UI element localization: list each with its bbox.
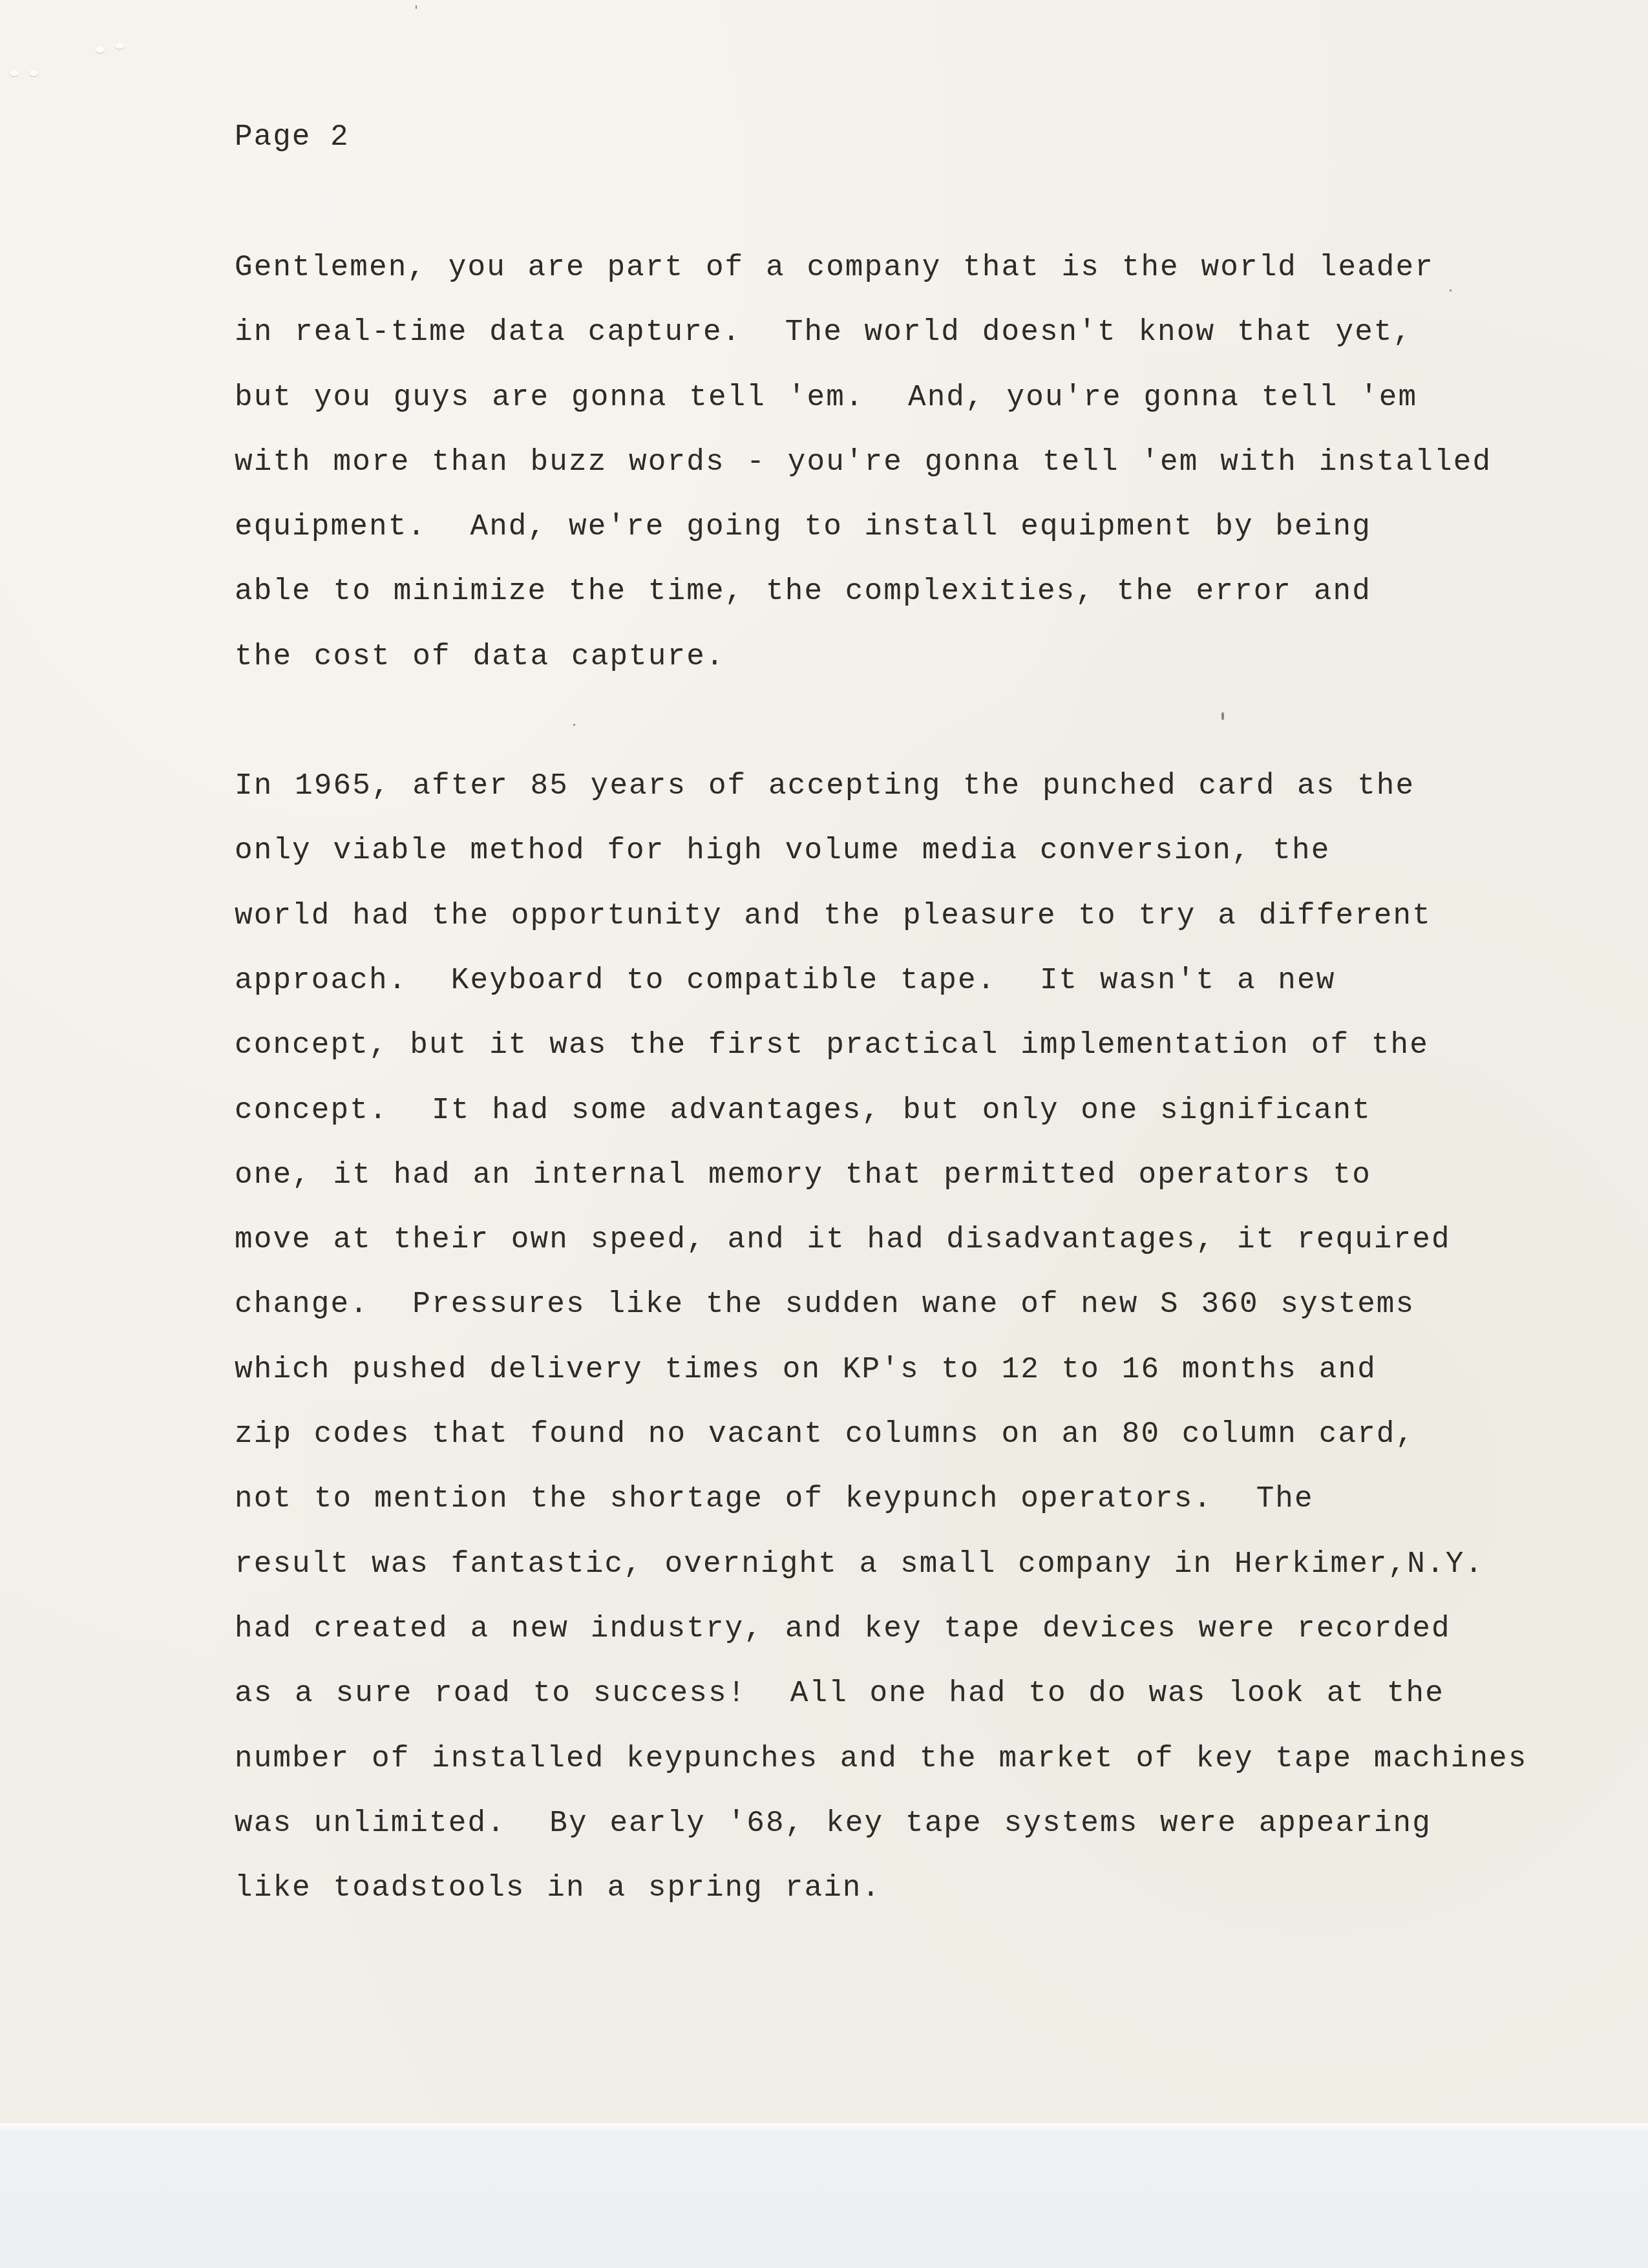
paper-speck bbox=[416, 5, 417, 9]
paper-speck bbox=[573, 724, 575, 726]
text-line: like toadstools in a spring rain. bbox=[235, 1870, 1592, 1934]
text-line: but you guys are gonna tell 'em. And, yo… bbox=[235, 379, 1592, 444]
text-line: one, it had an internal memory that perm… bbox=[235, 1157, 1592, 1222]
text-line: world had the opportunity and the pleasu… bbox=[235, 898, 1592, 962]
text-line: change. Pressures like the sudden wane o… bbox=[235, 1286, 1592, 1351]
punch-mark bbox=[115, 43, 124, 49]
text-line: in real-time data capture. The world doe… bbox=[235, 314, 1592, 379]
document-body: Gentlemen, you are part of a company tha… bbox=[235, 249, 1592, 1934]
text-line: move at their own speed, and it had disa… bbox=[235, 1222, 1592, 1286]
text-line: approach. Keyboard to compatible tape. I… bbox=[235, 962, 1592, 1027]
punch-mark bbox=[10, 70, 19, 76]
page-number: Page 2 bbox=[235, 120, 350, 154]
text-line: as a sure road to success! All one had t… bbox=[235, 1675, 1592, 1740]
text-line: with more than buzz words - you're gonna… bbox=[235, 444, 1592, 509]
text-line: Gentlemen, you are part of a company tha… bbox=[235, 249, 1592, 314]
text-line: concept, but it was the first practical … bbox=[235, 1027, 1592, 1092]
paper-speck bbox=[1450, 290, 1452, 291]
text-line: was unlimited. By early '68, key tape sy… bbox=[235, 1805, 1592, 1870]
scanner-background bbox=[0, 2123, 1648, 2268]
paragraph-history: In 1965, after 85 years of accepting the… bbox=[235, 768, 1592, 1934]
text-line: able to minimize the time, the complexit… bbox=[235, 573, 1592, 638]
text-line: not to mention the shortage of keypunch … bbox=[235, 1481, 1592, 1545]
text-line: zip codes that found no vacant columns o… bbox=[235, 1416, 1592, 1481]
text-line: In 1965, after 85 years of accepting the… bbox=[235, 768, 1592, 832]
paragraph-intro: Gentlemen, you are part of a company tha… bbox=[235, 249, 1592, 703]
text-line: the cost of data capture. bbox=[235, 639, 1592, 703]
text-line: number of installed keypunches and the m… bbox=[235, 1741, 1592, 1805]
text-line: concept. It had some advantages, but onl… bbox=[235, 1092, 1592, 1157]
punch-marks bbox=[6, 39, 136, 84]
text-line: which pushed delivery times on KP's to 1… bbox=[235, 1351, 1592, 1416]
text-line: only viable method for high volume media… bbox=[235, 832, 1592, 897]
text-line: equipment. And, we're going to install e… bbox=[235, 509, 1592, 573]
punch-mark bbox=[96, 47, 105, 53]
text-line: had created a new industry, and key tape… bbox=[235, 1611, 1592, 1675]
punch-mark bbox=[29, 70, 38, 76]
text-line: result was fantastic, overnight a small … bbox=[235, 1546, 1592, 1611]
paper-speck bbox=[1221, 712, 1224, 720]
paper-sheet: Page 2 Gentlemen, you are part of a comp… bbox=[0, 0, 1648, 2123]
